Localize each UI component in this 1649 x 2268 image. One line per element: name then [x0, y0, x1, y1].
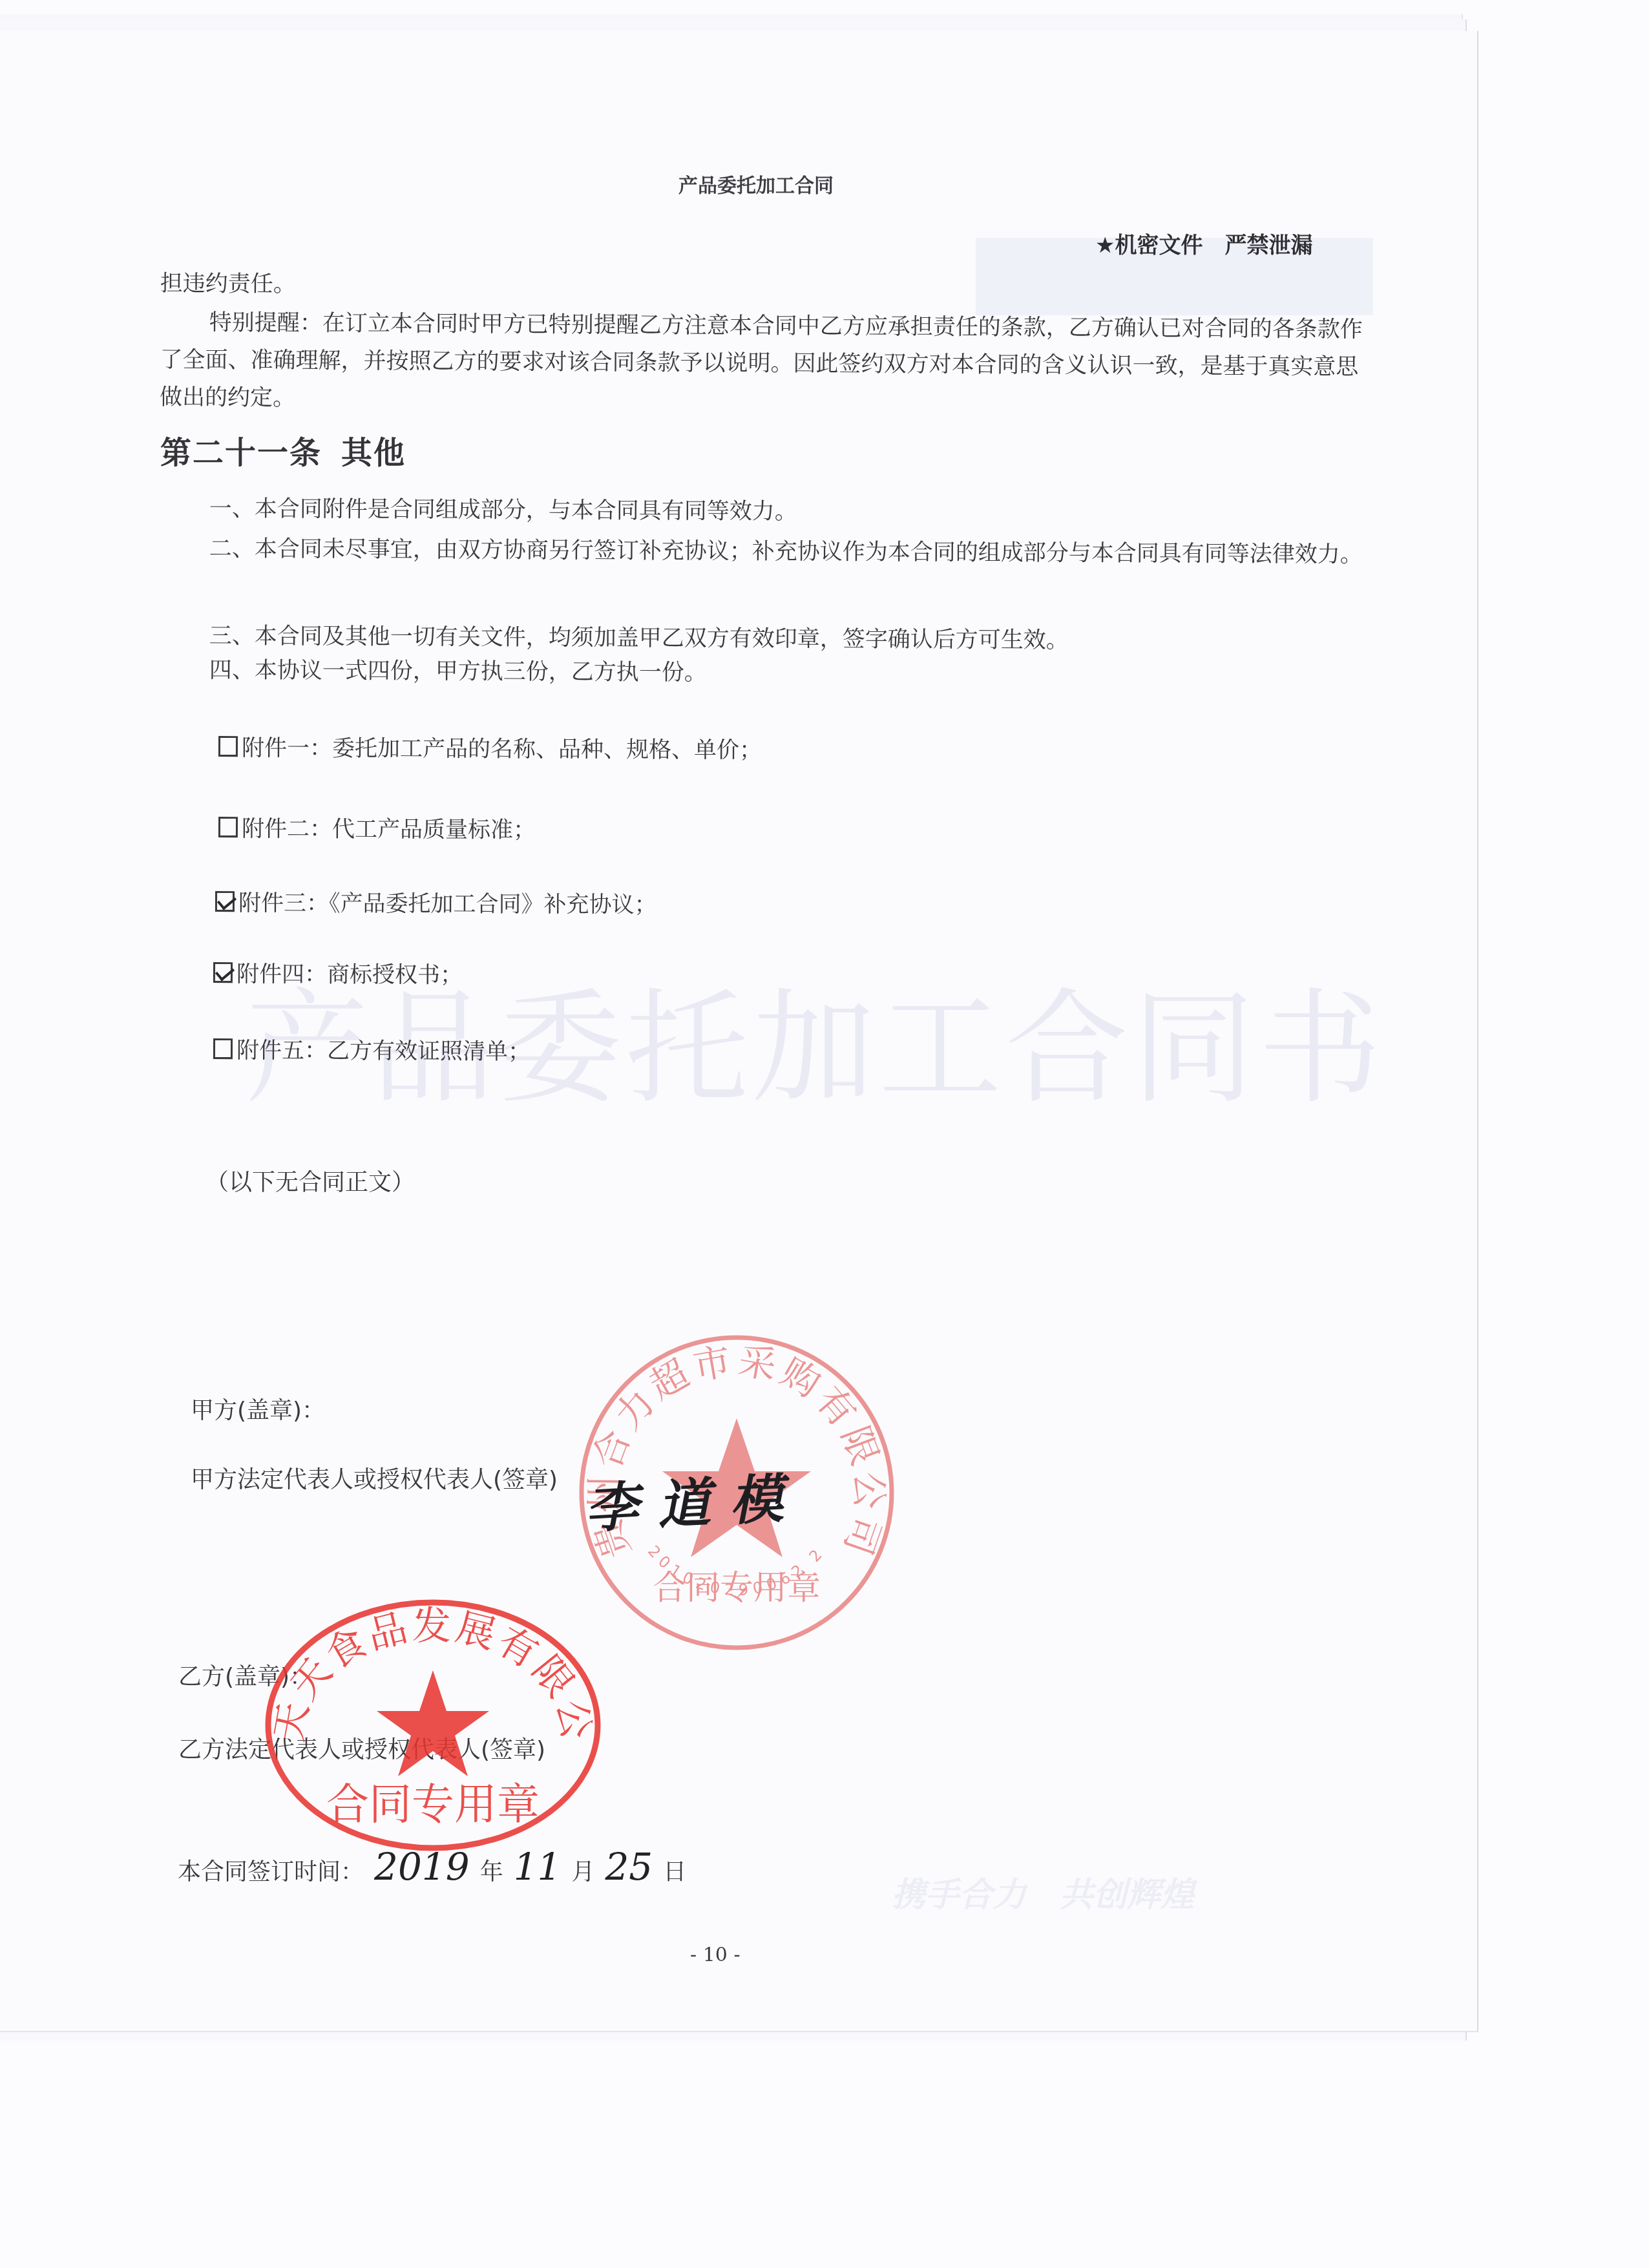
attachment-checkbox[interactable]	[218, 736, 238, 757]
bleed-through-slogan: 携手合力 共创辉煌	[892, 1867, 1194, 1916]
carry-over-text: 担违约责任。	[160, 265, 1375, 310]
clause-1: 一、本合同附件是合同组成部分，与本合同具有同等效力。	[160, 490, 1375, 534]
end-of-text-note: （以下无合同正文）	[205, 1164, 415, 1197]
party-a-seal-label: 甲方(盖章)：	[191, 1392, 325, 1425]
year-unit: 年	[480, 1854, 503, 1887]
party-b-seal-label: 乙方(盖章)：	[178, 1659, 313, 1692]
signing-year: 2019	[374, 1845, 470, 1889]
attachment-item-3: 附件三：《产品委托加工合同》补充协议；	[215, 885, 657, 919]
attachment-label: 附件四：商标授权书；	[236, 956, 463, 990]
clause-4: 四、本协议一式四份，甲方执三份，乙方执一份。	[160, 651, 1375, 695]
article-number: 第二十一条	[160, 435, 322, 471]
attachment-checkbox[interactable]	[213, 962, 233, 983]
signing-date-label: 本合同签订时间：	[178, 1854, 364, 1887]
attachment-label: 附件三：《产品委托加工合同》补充协议；	[238, 885, 657, 919]
clause-2: 二、本合同未尽事宜，由双方协商另行签订补充协议；补充协议作为本合同的组成部分与本…	[160, 530, 1375, 574]
clause-text: 四、本协议一式四份，甲方执三份，乙方执一份。	[209, 657, 707, 686]
attachment-label: 附件二：代工产品质量标准；	[242, 811, 536, 845]
attachment-item-5: 附件五：乙方有效证照清单；	[213, 1033, 530, 1066]
party-b-representative-label: 乙方法定代表人或授权代表人(签章)	[178, 1732, 545, 1765]
clause-text: 二、本合同未尽事宜，由双方协商另行签订补充协议；补充协议作为本合同的组成部分与本…	[209, 536, 1363, 567]
attachment-item-4: 附件四：商标授权书；	[213, 956, 463, 990]
attachment-label: 附件五：乙方有效证照清单；	[236, 1033, 530, 1066]
attachment-checkbox[interactable]	[213, 1038, 233, 1059]
month-unit: 月	[571, 1854, 594, 1887]
carry-over-sentence: 担违约责任。	[160, 271, 296, 297]
attachment-checkbox[interactable]	[215, 891, 235, 912]
attachment-checkbox[interactable]	[218, 817, 238, 837]
article-title: 其他	[341, 435, 406, 471]
attachment-item-1: 附件一：委托加工产品的名称、品种、规格、单价；	[218, 730, 762, 765]
confidential-mark: ★机密文件 严禁泄漏	[1095, 227, 1312, 259]
special-reminder-paragraph: 特别提醒：在订立本合同时甲方已特别提醒乙方注意本合同中乙方应承担责任的条款，乙方…	[160, 304, 1375, 423]
party-a-representative-label: 甲方法定代表人或授权代表人(签章)	[191, 1462, 558, 1495]
clause-text: 三、本合同及其他一切有关文件，均须加盖甲乙双方有效印章，签字确认后方可生效。	[209, 623, 1069, 653]
special-reminder-text: 特别提醒：在订立本合同时甲方已特别提醒乙方注意本合同中乙方应承担责任的条款，乙方…	[160, 310, 1363, 411]
attachment-item-2: 附件二：代工产品质量标准；	[218, 811, 536, 845]
signing-month: 11	[514, 1845, 562, 1889]
running-header-title: 产品委托加工合同	[678, 169, 834, 198]
day-unit: 日	[663, 1854, 686, 1887]
signing-date: 本合同签订时间： 2019 年 11 月 25 日	[178, 1845, 686, 1889]
party-a-handwritten-signature: 李道模	[583, 1456, 804, 1542]
article-heading: 第二十一条其他	[160, 428, 406, 472]
page-number: - 10 -	[690, 1944, 740, 1966]
attachment-label: 附件一：委托加工产品的名称、品种、规格、单价；	[242, 730, 762, 765]
signing-day: 25	[605, 1845, 653, 1889]
clause-text: 一、本合同附件是合同组成部分，与本合同具有同等效力。	[209, 496, 797, 525]
